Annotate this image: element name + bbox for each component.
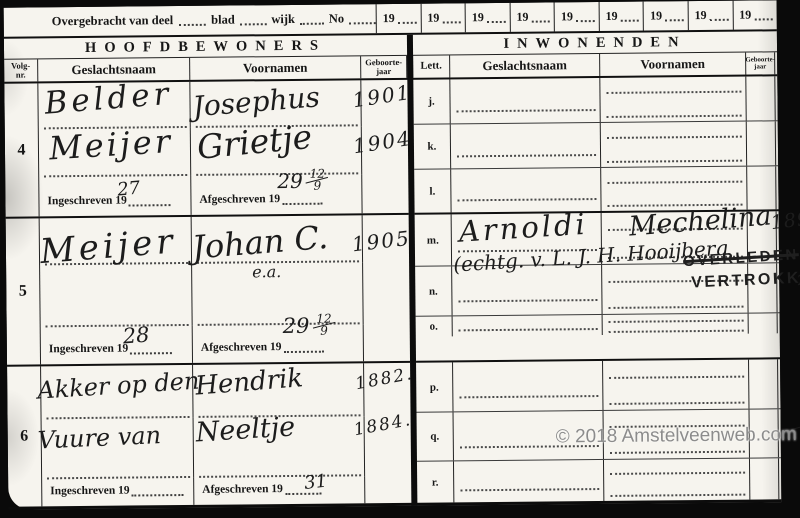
hw-date-fraction: 129	[787, 370, 800, 397]
birthyear-header-left: Geboorte- jaar	[361, 56, 407, 78]
transfer-label: Overgebracht van deel	[52, 13, 174, 29]
hw-firstnames: Johan C.	[191, 221, 329, 264]
no-label: No	[329, 11, 344, 26]
year-cell: 19	[420, 3, 465, 32]
year-cell-label: 19	[427, 11, 439, 26]
letter-cell: o.	[416, 316, 453, 336]
birthyear-cell	[364, 324, 410, 361]
resident-block-5: 5 Ingeschreven 19 Afgeschreven 19	[6, 215, 410, 367]
inwonenden-block-1: j. k. l.	[413, 76, 778, 214]
year-cells: 19 19 19 19 19 19 19 19 19	[376, 0, 777, 33]
transfer-line: Overgebracht van deel blad wijk No	[4, 4, 376, 37]
hw-afgeschreven-year: 29	[277, 169, 303, 193]
inwonenden-block-2: m. n. o.	[415, 211, 780, 362]
lett-header: Lett.	[413, 55, 450, 77]
year-cell-label: 19	[516, 10, 528, 25]
volgnr-cell: 4	[4, 83, 39, 216]
dotted-leader	[487, 12, 506, 23]
dotted-leader	[442, 12, 461, 23]
year-cell: 19	[465, 3, 510, 32]
volgnr-value: 4	[17, 141, 25, 159]
ingeschreven-field: Ingeschreven 19	[41, 326, 193, 364]
surname-header-label: Geslachtsnaam	[482, 58, 567, 72]
dotted-leader	[398, 13, 417, 24]
hw-afgeschreven-year: 31	[303, 473, 328, 493]
hw-surname: Arnoldi	[458, 210, 589, 247]
year-cell-label: 19	[605, 9, 617, 24]
surname-line	[451, 123, 601, 168]
dotted-leader	[620, 11, 639, 22]
inwonende-row-k: k.	[414, 121, 778, 169]
year-cell: 19	[688, 1, 733, 30]
inwonende-row-r: r.	[417, 458, 781, 502]
letter-cell: p.	[416, 362, 453, 411]
afgeschreven-field: Afgeschreven 19	[194, 476, 365, 505]
hoofdbewoners-title: HOOFDBEWONERS	[4, 35, 407, 59]
birthyear-cell	[747, 121, 776, 165]
birthyear-header-right: Geboorte- jaar	[746, 52, 775, 74]
inwonenden-title: INWONENDEN	[413, 31, 777, 54]
firstnames-line	[604, 459, 750, 501]
firstnames-header-left: Voornamen	[190, 56, 361, 80]
birthyear-header-line2: jaar	[376, 67, 391, 76]
surname-line	[454, 460, 604, 502]
dotted-leader	[754, 9, 773, 20]
hw-firstnames: Grietje	[196, 120, 314, 164]
hw-surname: Vuure van	[37, 423, 161, 452]
year-cell: 19	[598, 2, 643, 31]
year-cell: 19	[554, 2, 599, 31]
letter-cell: r.	[417, 461, 454, 502]
inwonende-row-o: o.	[416, 313, 780, 336]
dotted-leader	[132, 487, 184, 496]
letter-cell: l.	[414, 169, 451, 212]
hw-firstnames: Neeltje	[195, 413, 296, 446]
hw-note-ea: e.a.	[252, 264, 281, 280]
firstnames-line	[601, 122, 747, 167]
volgnr-value: 6	[20, 428, 28, 446]
afgeschreven-label: Afgeschreven 19	[202, 483, 283, 496]
firstnames-header-label: Voornamen	[243, 61, 308, 75]
letter-cell: n.	[415, 266, 452, 315]
year-cell-label: 19	[561, 9, 573, 24]
hw-afgeschreven-date: 29129	[277, 171, 327, 202]
firstnames-line	[603, 314, 749, 335]
surname-line	[40, 264, 193, 327]
dotted-leader	[531, 11, 550, 22]
year-cell-label: 19	[695, 8, 707, 23]
birthyear-cell	[362, 174, 408, 213]
firstnames-header-right: Voornamen	[600, 53, 746, 76]
firstnames-line	[600, 77, 746, 122]
lett-header-label: Lett.	[420, 61, 441, 72]
volgnr-value: 5	[19, 283, 27, 301]
copyright-watermark: © 2018 Amstelveenweb.com	[556, 424, 797, 448]
surname-line	[451, 168, 601, 212]
dotted-leader	[240, 14, 267, 25]
hw-birthyear: 1905	[351, 228, 412, 255]
birthyear-cell	[749, 313, 778, 333]
surname-line	[450, 78, 600, 123]
firstnames-header-label: Voornamen	[640, 57, 705, 71]
hw-afgeschreven-year: 29	[283, 314, 310, 338]
dotted-leader	[710, 10, 729, 21]
hw-ingeschreven-year: 27	[117, 179, 142, 199]
ingeschreven-field: Ingeschreven 19	[39, 176, 191, 216]
year-cell-label: 19	[739, 8, 751, 23]
ingeschreven-label: Ingeschreven 19	[50, 485, 129, 498]
letter-cell: j.	[413, 79, 450, 123]
fraction-denominator: 9	[320, 325, 328, 337]
letter-cell: q.	[417, 412, 454, 460]
birthyear-cell	[365, 476, 411, 503]
dotted-leader	[576, 11, 595, 22]
ingeschreven-field: Ingeschreven 19	[42, 478, 194, 506]
birthyear-cell	[746, 76, 775, 120]
hw-date-fraction: 129	[314, 313, 334, 337]
year-cell-label: 19	[650, 8, 662, 23]
dotted-leader	[178, 15, 206, 26]
ingeschreven-label: Ingeschreven 19	[47, 195, 126, 208]
volgnr-header: Volg- nr.	[4, 59, 38, 81]
dotted-leader	[665, 10, 684, 21]
inwonende-row-j: j.	[413, 76, 777, 124]
year-cell: 19	[376, 4, 421, 33]
firstnames-line	[603, 360, 749, 410]
dotted-leader	[300, 14, 324, 25]
resident-block-4: 4 Ingeschreven 19 Afgeschreven 19	[4, 80, 408, 219]
year-cell-label: 19	[383, 11, 395, 26]
fraction-denominator: 9	[314, 180, 322, 192]
afgeschreven-field: Afgeschreven 19	[193, 324, 364, 363]
volgnr-cell: 5	[6, 218, 41, 364]
surname-header-right: Geslachtsnaam	[450, 54, 600, 77]
ingeschreven-label: Ingeschreven 19	[49, 343, 128, 356]
birthyear-cell	[363, 262, 410, 324]
hw-surname: Meijer	[48, 125, 174, 165]
birthyear-cell	[750, 458, 779, 499]
surname-line	[453, 315, 603, 336]
surname-line	[453, 361, 603, 411]
year-cell: 19	[509, 2, 554, 31]
hw-ingeschreven-year: 28	[122, 324, 150, 347]
birthyear-header-line2: jaar	[754, 63, 766, 70]
register-card: Overgebracht van deel blad wijk No 19 19…	[4, 0, 782, 509]
surname-header-label: Geslachtsnaam	[71, 62, 156, 76]
letter-cell: m.	[415, 214, 452, 265]
afgeschreven-label: Afgeschreven 19	[199, 193, 280, 206]
blad-label: blad	[211, 13, 235, 28]
year-cell: 19	[643, 1, 688, 30]
inwonende-row-p: p.	[416, 359, 780, 412]
wijk-label: wijk	[271, 12, 295, 27]
hw-date-fraction: 129	[308, 168, 328, 192]
letter-cell: k.	[414, 124, 451, 168]
scan-frame: Overgebracht van deel blad wijk No 19 19…	[0, 0, 800, 518]
volgnr-header-line2: nr.	[16, 71, 26, 80]
hoofdbewoners-column: 4 Ingeschreven 19 Afgeschreven 19	[4, 80, 411, 507]
resident-block-6: 6 Ingeschreven 19 Afgeschreven 19	[7, 363, 411, 507]
afgeschreven-label: Afgeschreven 19	[201, 341, 282, 354]
hw-surname: Meijer	[39, 224, 178, 269]
dotted-leader	[349, 13, 376, 24]
birthyear-cell	[749, 359, 778, 408]
year-cell-label: 19	[472, 10, 484, 25]
hw-afgeschreven-date: 29129	[283, 316, 334, 347]
year-cell: 19	[732, 0, 777, 29]
hw-birthyear: 1896	[770, 208, 800, 233]
